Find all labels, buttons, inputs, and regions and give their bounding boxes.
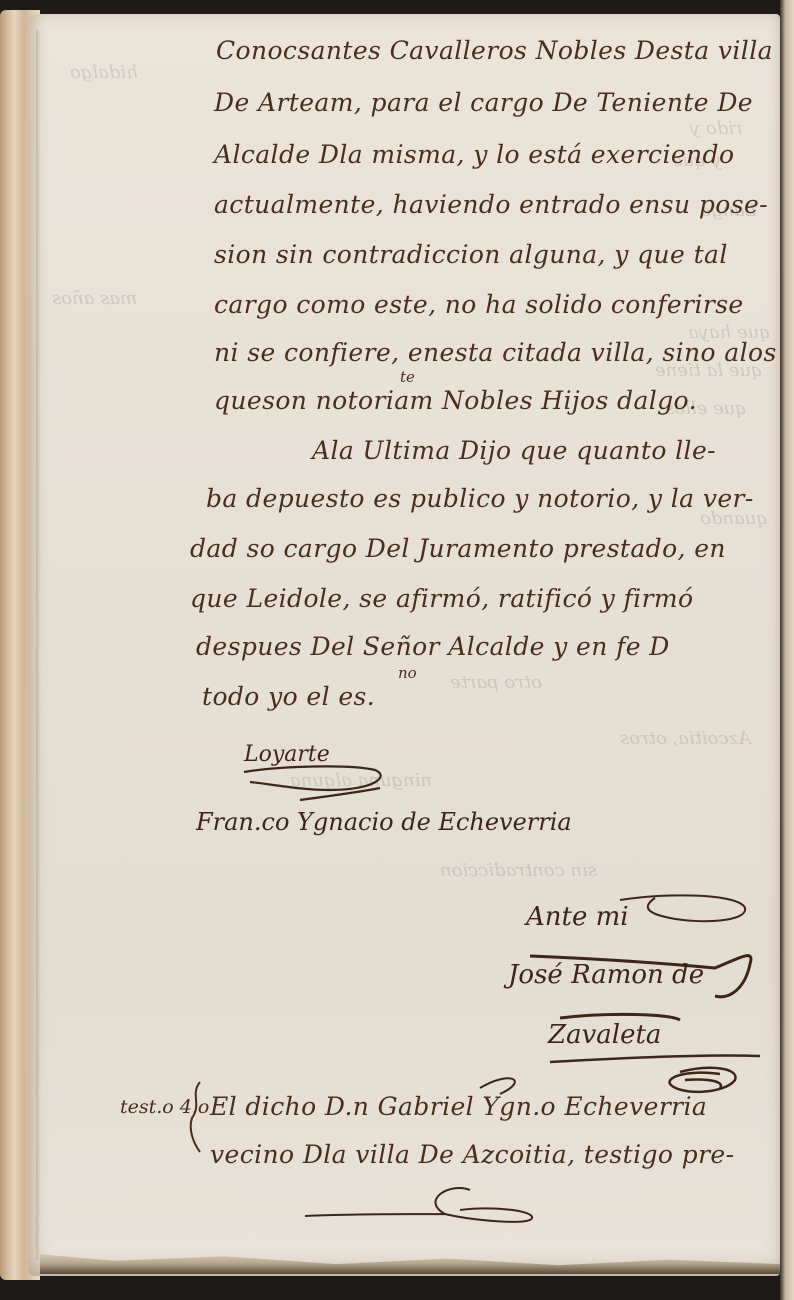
manuscript-line: vecino Dla villa De Azcoitia, testigo pr… (210, 1140, 734, 1169)
book-gutter-right (780, 0, 794, 1300)
bleed-through-text: mas años (52, 288, 137, 309)
line-end-flourish (300, 1180, 540, 1230)
signature-witness: Fran.co Ygnacio de Echeverria (196, 808, 572, 836)
bleed-through-text: otro parte (450, 672, 542, 693)
manuscript-line: sion sin contradiccion alguna, y que tal (214, 240, 728, 269)
signature-flourish (240, 760, 390, 810)
manuscript-line: que Leidole, se afirmó, ratificó y firmó (190, 584, 693, 613)
bleed-through-text: sin contradiccion (440, 860, 597, 881)
manuscript-line: Conocsantes Cavalleros Nobles Desta vill… (216, 36, 773, 65)
signature-flourish (470, 1010, 770, 1100)
manuscript-line: cargo como este, no ha solido conferirse (214, 290, 744, 319)
page-fold-shadow (36, 30, 40, 1260)
manuscript-line: despues Del Señor Alcalde y en fe D (196, 632, 670, 661)
bleed-through-text: Azcoitia, otros (620, 728, 751, 749)
manuscript-line: Ala Ultima Dijo que quanto lle- (312, 436, 716, 465)
bleed-through-text: hidalgo (70, 62, 138, 83)
manuscript-line: ni se confiere, enesta citada villa, sin… (214, 338, 777, 367)
bleed-through-text: rido y (690, 118, 743, 139)
manuscript-line: Alcalde Dla misma, y lo está exerciendo (214, 140, 734, 169)
signature-flourish (500, 888, 760, 1008)
manuscript-line: dad so cargo Del Juramento prestado, en (190, 534, 726, 563)
margin-bracket (186, 1078, 206, 1158)
manuscript-line: queson notoriam Nobles Hijos dalgo. (214, 386, 697, 415)
manuscript-line: actualmente, haviendo entrado ensu pose- (214, 190, 768, 219)
manuscript-line: todo yo el es. (202, 682, 375, 711)
signature-notary-line2: José Ramon de (508, 960, 704, 990)
manuscript-line: El dicho D.n Gabriel Ygn.o Echeverria (210, 1092, 707, 1121)
manuscript-line: De Arteam, para el cargo De Teniente De (214, 88, 753, 117)
manuscript-line: ba depuesto es publico y notorio, y la v… (206, 484, 754, 513)
superscript-abbreviation: no (398, 664, 417, 682)
superscript-abbreviation: te (400, 368, 415, 386)
